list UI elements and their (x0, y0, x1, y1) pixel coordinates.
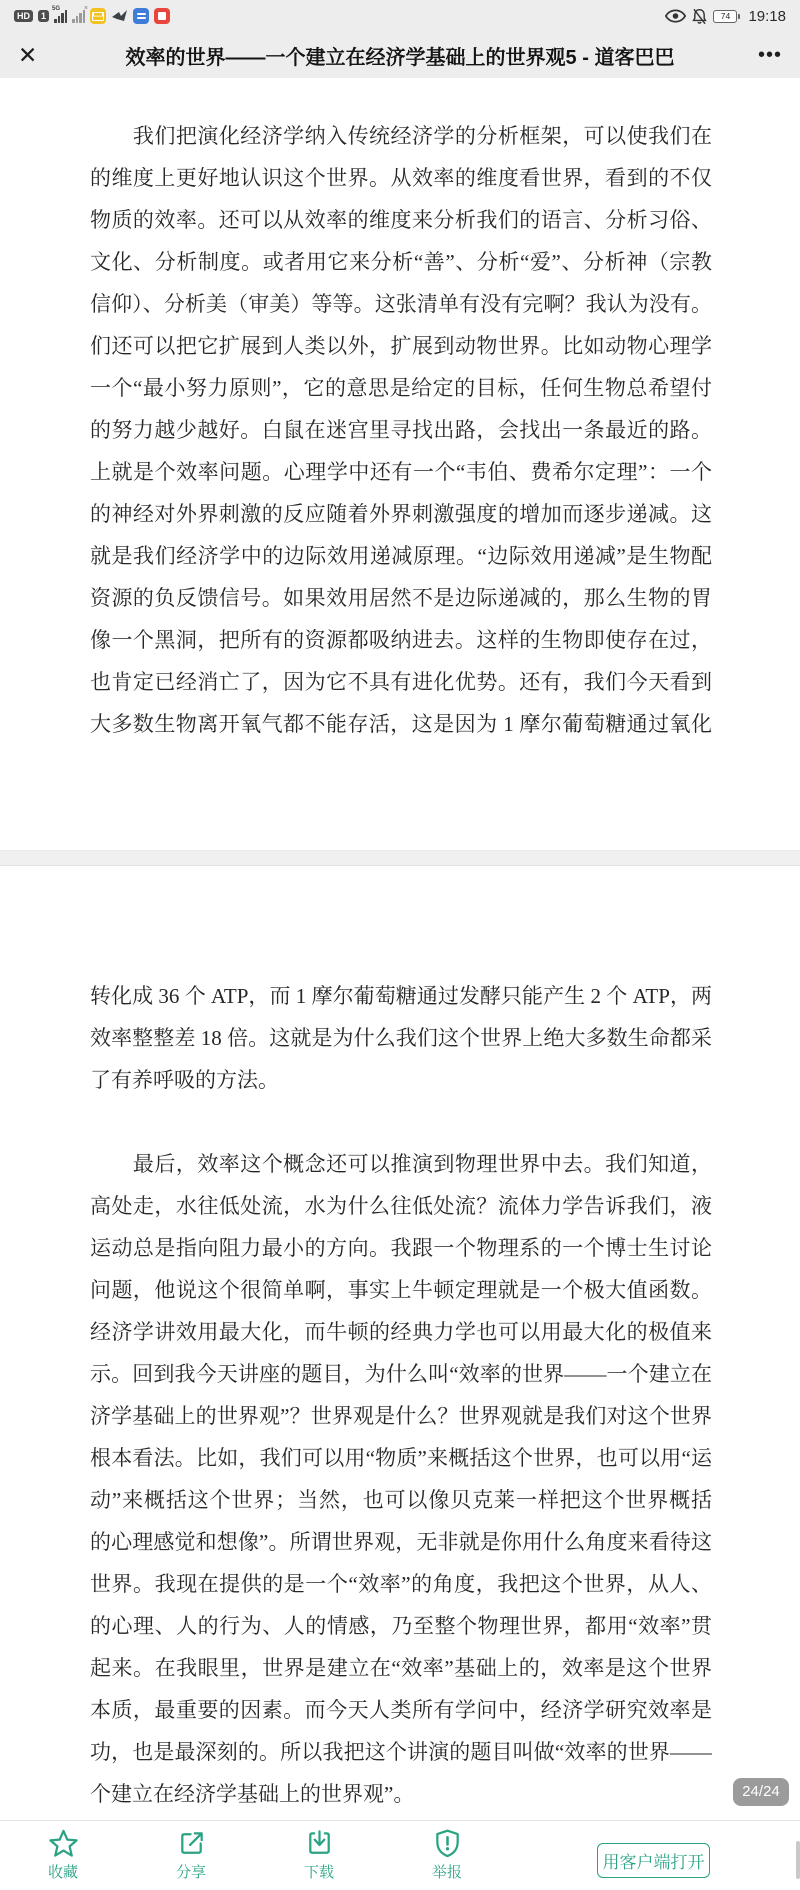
status-right-icons: 74 19:18 (665, 8, 786, 25)
share-button[interactable]: 分享 (155, 1828, 227, 1882)
signal-5g-icon: 5G (54, 10, 67, 23)
doc-text-line: 运动总是指向阻力最小的方向。我跟一个物理系的一个博士生讨论这个 (90, 1227, 712, 1269)
document-viewport[interactable]: 我们把演化经济学纳入传统经济学的分析框架，可以使我们在效率的维度上更好地认识这个… (0, 78, 800, 1820)
page-divider (0, 850, 800, 866)
open-in-client-button[interactable]: 用客户端打开 (597, 1843, 710, 1878)
hd-badge-icon: HD (14, 10, 33, 22)
favorite-label: 收藏 (27, 1861, 99, 1882)
doc-text-line: 我们把演化经济学纳入传统经济学的分析框架，可以使我们在效率 (90, 115, 712, 157)
doc-text-line: 们还可以把它扩展到人类以外，扩展到动物世界。比如动物心理学中有 (90, 325, 712, 367)
doc-text-line: 问题，他说这个很简单啊，事实上牛顿定理就是一个极大值函数。我们 (90, 1269, 712, 1311)
favorite-button[interactable]: 收藏 (27, 1828, 99, 1882)
doc-text-line: 效率整整差 18 倍。这就是为什么我们这个世界上绝大多数生命都采取 (90, 1017, 712, 1059)
report-button[interactable]: 举报 (411, 1828, 483, 1882)
doc-text-line: 也肯定已经消亡了，因为它不具有进化优势。还有，我们今天看到的绝 (90, 661, 712, 703)
page-title: 效率的世界——一个建立在经济学基础上的世界观5 - 道客巴巴 (60, 41, 740, 70)
document-page-2: 转化成 36 个 ATP，而 1 摩尔葡萄糖通过发酵只能产生 2 个 ATP，两… (0, 866, 800, 1820)
close-icon[interactable]: ✕ (18, 44, 60, 67)
report-shield-icon (432, 1828, 463, 1859)
doc-text-line: 济学基础上的世界观”？世界观是什么？世界观就是我们对这个世界的 (90, 1395, 712, 1437)
download-button[interactable]: 下载 (283, 1828, 355, 1882)
app-blue-icon (133, 8, 149, 24)
doc-text-line: 的心理感觉和想像”。所谓世界观，无非就是你用什么角度来看待这个 (90, 1521, 712, 1563)
doc-text-line: 本质，最重要的因素。而今天人类所有学问中，经济学研究效率是最成 (90, 1689, 712, 1731)
doc-text-line: 了有养呼吸的方法。 (90, 1059, 712, 1101)
doc-text-line: 动”来概括这个世界；当然，也可以像贝克莱一样把这个世界概括成“我 (90, 1479, 712, 1521)
doc-text-line: 高处走，水往低处流，水为什么往低处流？流体力学告诉我们，液体的 (90, 1185, 712, 1227)
download-label: 下载 (283, 1861, 355, 1882)
document-page-1: 我们把演化经济学纳入传统经济学的分析框架，可以使我们在效率的维度上更好地认识这个… (0, 78, 800, 850)
battery-icon: 74 (713, 10, 737, 23)
clock-time: 19:18 (748, 8, 786, 25)
doc-text-line: 个建立在经济学基础上的世界观”。 (90, 1773, 712, 1815)
doc-text-line: 示。回到我今天讲座的题目，为什么叫“效率的世界——一个建立在经 (90, 1353, 712, 1395)
bottom-toolbar: 收藏 分享 下载 举报 用客户端打开 (0, 1820, 800, 1890)
signal-no-service-icon: × (72, 10, 85, 23)
header-bar: ✕ 效率的世界——一个建立在经济学基础上的世界观5 - 道客巴巴 ••• (0, 32, 800, 78)
doc-text-line: 资源的负反馈信号。如果效用居然不是边际递减的，那么生物的胃口就 (90, 577, 712, 619)
doc-text-line: 就是我们经济学中的边际效用递减原理。“边际效用递减”是生物配置 (90, 535, 712, 577)
bell-muted-icon (691, 8, 708, 25)
app-red-icon (154, 8, 170, 24)
mail-app-icon (90, 8, 106, 24)
doc-text-line: 根本看法。比如，我们可以用“物质”来概括这个世界，也可以用“运 (90, 1437, 712, 1479)
doc-text-line: 文化、分析制度。或者用它来分析“善”、分析“爱”、分析神（宗教 (90, 241, 712, 283)
doc-text-line: 物质的效率。还可以从效率的维度来分析我们的语言、分析习俗、分析 (90, 199, 712, 241)
doc-text-line (90, 1101, 712, 1143)
doc-text-line: 一个“最小努力原则”，它的意思是给定的目标，任何生物总希望付出 (90, 367, 712, 409)
share-icon (176, 1828, 207, 1859)
download-icon (304, 1828, 335, 1859)
share-label: 分享 (155, 1861, 227, 1882)
doc-text-line: 最后，效率这个概念还可以推演到物理世界中去。我们知道，人往 (90, 1143, 712, 1185)
doc-text-line: 的心理、人的行为、人的情感，乃至整个物理世界，都用“效率”贯穿 (90, 1605, 712, 1647)
scrollbar-thumb[interactable] (796, 1841, 800, 1879)
doc-text-line: 大多数生物离开氧气都不能存活，这是因为 1 摩尔葡萄糖通过氧化可以 (90, 703, 712, 745)
page-indicator-badge: 24/24 (733, 1778, 789, 1806)
doc-text-line: 转化成 36 个 ATP，而 1 摩尔葡萄糖通过发酵只能产生 2 个 ATP，两… (90, 975, 712, 1017)
star-icon (48, 1828, 79, 1859)
doc-text-line: 的神经对外界刺激的反应随着外界刺激强度的增加而逐步递减。这其实 (90, 493, 712, 535)
status-left-icons: HD 1 5G × (14, 8, 170, 24)
eye-icon (665, 9, 686, 23)
doc-text-line: 世界。我现在提供的是一个“效率”的角度，我把这个世界，从人、人 (90, 1563, 712, 1605)
sim1-badge-icon: 1 (38, 10, 49, 22)
doc-text-line: 起来。在我眼里，世界是建立在“效率”基础上的，效率是这个世界最 (90, 1647, 712, 1689)
doc-text-line: 功，也是最深刻的。所以我把这个讲演的题目叫做“效率的世界——一 (90, 1731, 712, 1773)
status-bar: HD 1 5G × (0, 0, 800, 32)
doc-text-line: 像一个黑洞，把所有的资源都吸纳进去。这样的生物即使存在过，今天 (90, 619, 712, 661)
doc-text-line: 的努力越少越好。白鼠在迷宫里寻找出路，会找出一条最近的路。实际 (90, 409, 712, 451)
more-menu-icon[interactable]: ••• (740, 45, 782, 65)
report-label: 举报 (411, 1861, 483, 1882)
doc-text-line: 经济学讲效用最大化，而牛顿的经典力学也可以用最大化的极值来表 (90, 1311, 712, 1353)
doc-text-line: 上就是个效率问题。心理学中还有一个“韦伯、费希尔定理”：一个人 (90, 451, 712, 493)
doc-text-line: 的维度上更好地认识这个世界。从效率的维度看世界，看到的不仅仅是 (90, 157, 712, 199)
docin-swoosh-icon (111, 9, 128, 23)
doc-text-line: 信仰）、分析美（审美）等等。这张清单有没有完啊？我认为没有。我 (90, 283, 712, 325)
